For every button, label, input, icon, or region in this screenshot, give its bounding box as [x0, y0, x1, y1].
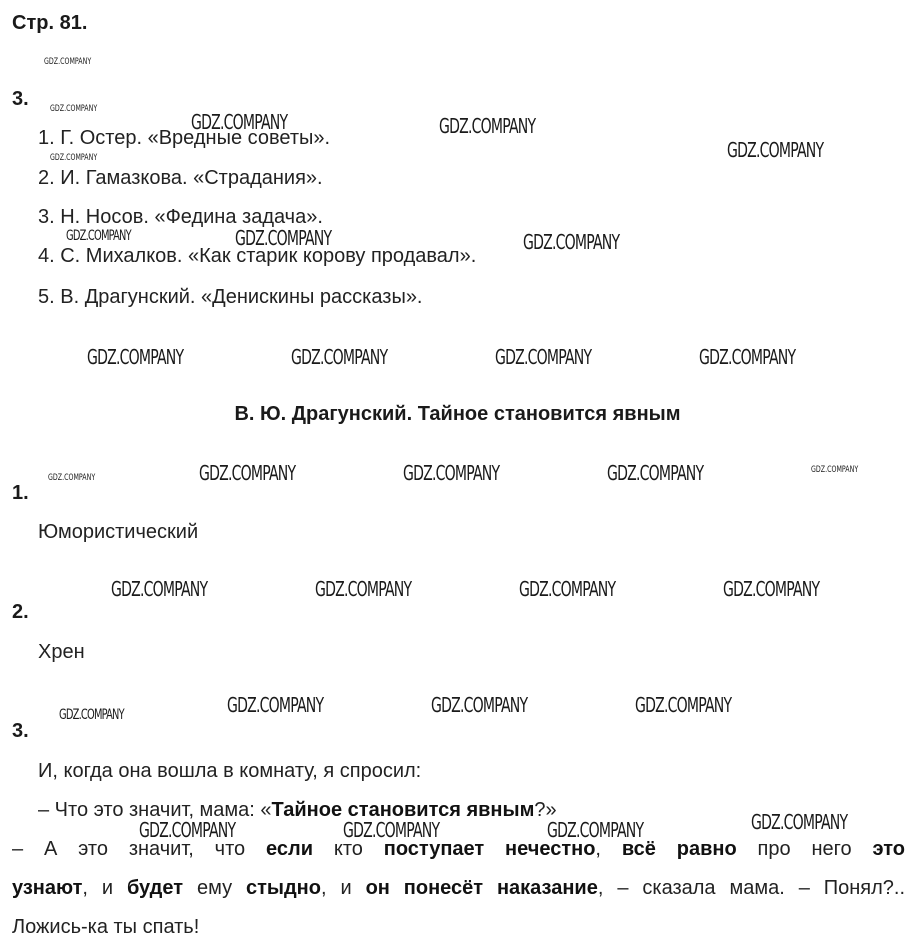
watermark: GDZ.COMPANY [199, 461, 295, 485]
watermark: GDZ.COMPANY [48, 473, 95, 483]
watermark: GDZ.COMPANY [751, 810, 847, 834]
watermark: GDZ.COMPANY [315, 577, 411, 601]
watermark: GDZ.COMPANY [723, 577, 819, 601]
watermark: GDZ.COMPANY [235, 226, 331, 250]
watermark: GDZ.COMPANY [635, 693, 731, 717]
watermark: GDZ.COMPANY [811, 465, 858, 475]
answer-text: Хрен [38, 641, 85, 664]
answer-paragraph: – Что это значит, мама: «Тайное становит… [38, 799, 557, 822]
watermark: GDZ.COMPANY [699, 345, 795, 369]
watermark: GDZ.COMPANY [607, 461, 703, 485]
task-number: 2. [12, 601, 29, 624]
section-title: В. Ю. Драгунский. Тайное становится явны… [0, 403, 915, 426]
watermark: GDZ.COMPANY [343, 818, 439, 842]
watermark: GDZ.COMPANY [66, 228, 131, 244]
watermark: GDZ.COMPANY [727, 138, 823, 162]
answer-text: Юмористический [38, 521, 198, 544]
watermark: GDZ.COMPANY [495, 345, 591, 369]
task-number: 3. [12, 720, 29, 743]
list-item: 2. И. Гамазкова. «Страдания». [38, 167, 323, 190]
watermark: GDZ.COMPANY [291, 345, 387, 369]
watermark: GDZ.COMPANY [111, 577, 207, 601]
watermark: GDZ.COMPANY [44, 57, 91, 67]
page-header: Стр. 81. [12, 12, 87, 35]
task-number: 3. [12, 88, 29, 111]
watermark: GDZ.COMPANY [431, 693, 527, 717]
list-item: 5. В. Драгунский. «Денискины рассказы». [38, 286, 423, 309]
answer-paragraph: И, когда она вошла в комнату, я спросил: [38, 760, 421, 783]
watermark: GDZ.COMPANY [50, 104, 97, 114]
answer-paragraph: узнают, и будет ему стыдно, и он понесёт… [12, 877, 905, 900]
watermark: GDZ.COMPANY [50, 153, 97, 163]
watermark: GDZ.COMPANY [519, 577, 615, 601]
watermark: GDZ.COMPANY [139, 818, 235, 842]
watermark: GDZ.COMPANY [403, 461, 499, 485]
watermark: GDZ.COMPANY [439, 114, 535, 138]
watermark: GDZ.COMPANY [547, 818, 643, 842]
task-number: 1. [12, 482, 29, 505]
watermark: GDZ.COMPANY [523, 230, 619, 254]
watermark: GDZ.COMPANY [87, 345, 183, 369]
watermark: GDZ.COMPANY [191, 110, 287, 134]
watermark: GDZ.COMPANY [59, 707, 124, 723]
answer-paragraph: Ложись-ка ты спать! [12, 916, 199, 939]
watermark: GDZ.COMPANY [227, 693, 323, 717]
